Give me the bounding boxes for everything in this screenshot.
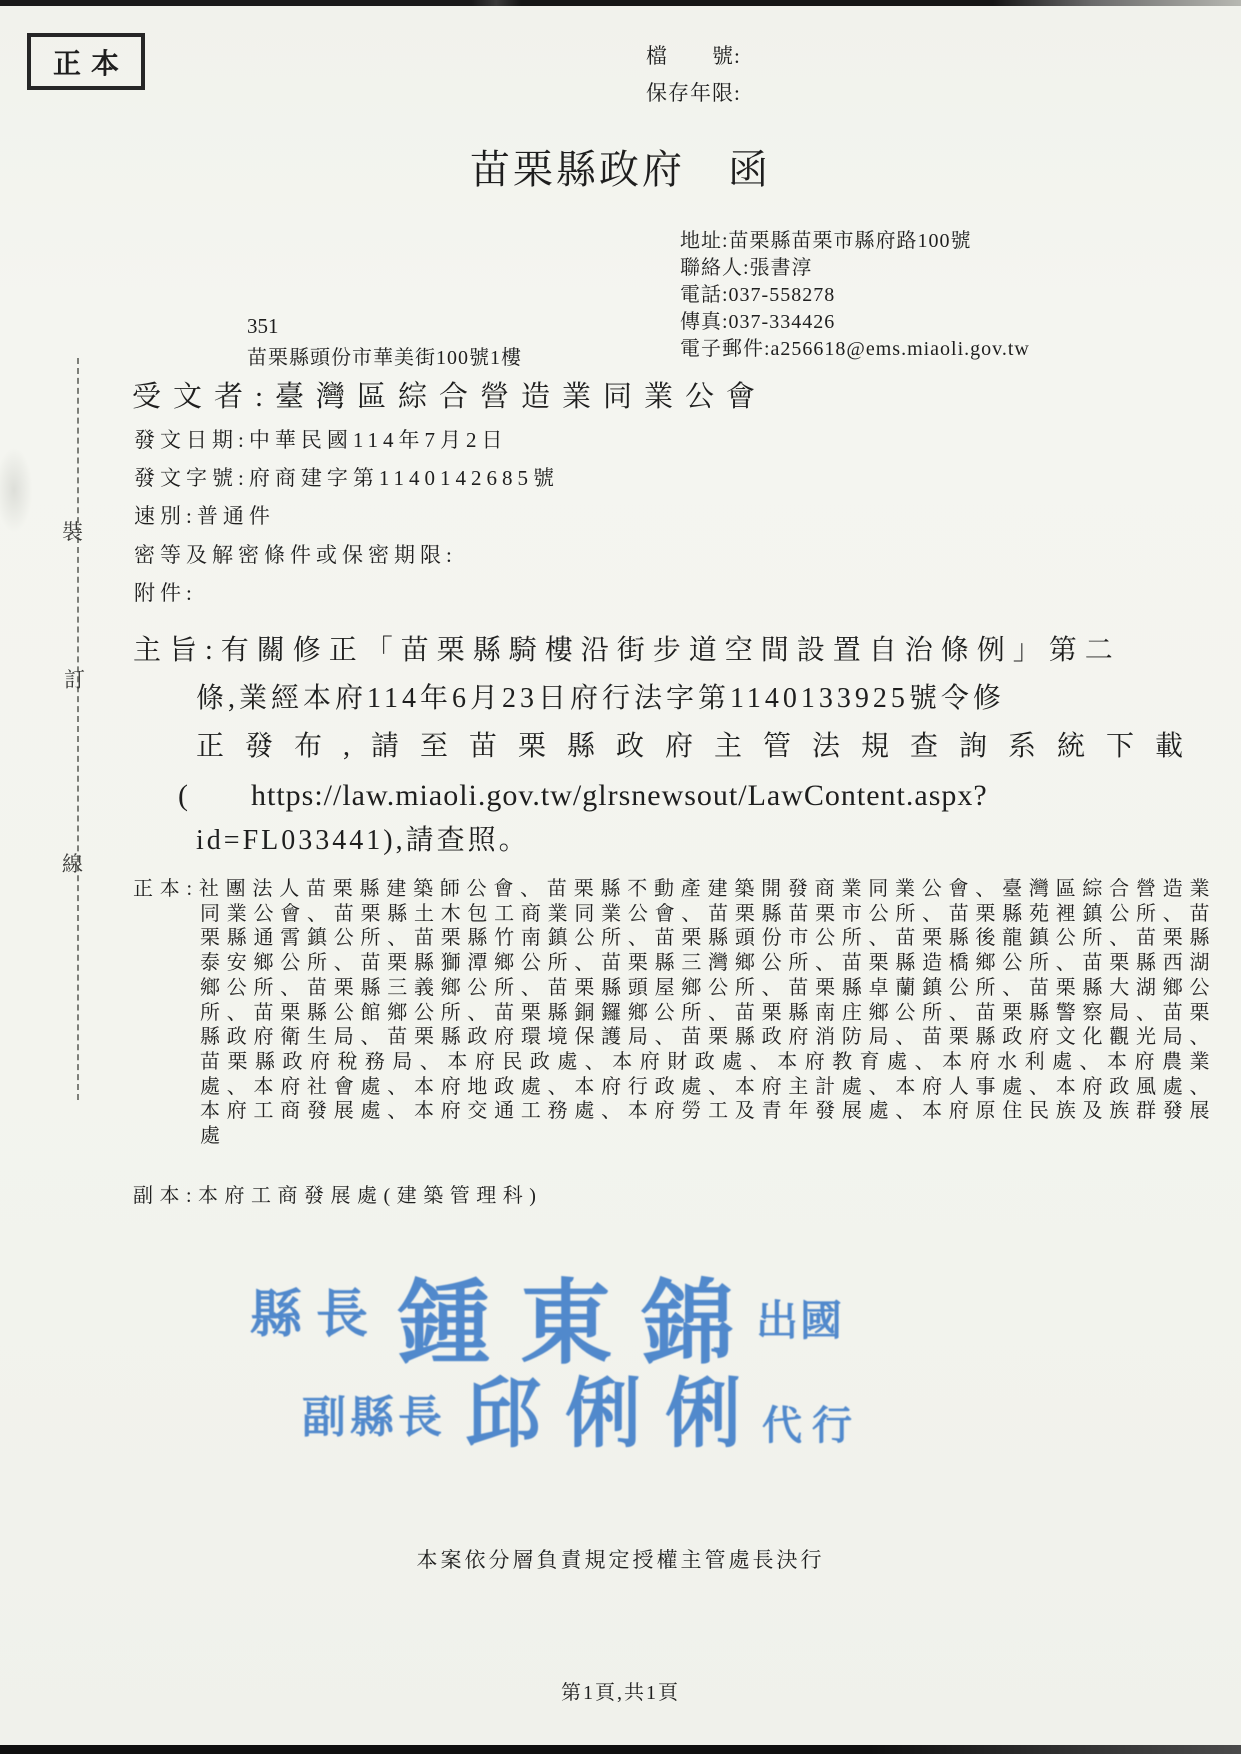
document-number: 發文字號:府商建字第1140142685號 (134, 462, 559, 492)
delegation-note: 本案依分層負責規定授權主管處長決行 (0, 1544, 1241, 1574)
scan-edge-top (0, 0, 1241, 6)
stamp-deputy-title: 副縣長 (302, 1381, 446, 1445)
sender-phone: 電話:037-558278 (680, 282, 1030, 309)
recipient-address: 苗栗縣頭份市華美街100號1樓 (247, 341, 522, 370)
primary-recipients-label: 正本: (133, 878, 199, 900)
binding-mark: 訂 (64, 664, 85, 694)
subject-line: 條,業經本府114年6月23日府行法字第1140133925號令修 (196, 676, 1005, 716)
attachment-label: 附件: (134, 577, 197, 607)
primary-recipients-list: 社團法人苗栗縣建築師公會、苗栗縣不動產建築開發商業同業公會、臺灣區綜合營造業同業… (199, 878, 1216, 1147)
scan-edge-bottom (0, 1745, 1241, 1754)
scanned-official-letter: 正本 檔 號: 保存年限: 苗栗縣政府 函 地址:苗栗縣苗栗市縣府路100號 聯… (0, 0, 1241, 1754)
subject-line-url: ( https://law.miaoli.gov.tw/glrsnewsout/… (178, 770, 988, 814)
sender-contact-block: 地址:苗栗縣苗栗市縣府路100號 聯絡人:張書淳 電話:037-558278 傳… (680, 228, 1030, 363)
sender-contact-person: 聯絡人:張書淳 (680, 255, 1030, 282)
priority-level: 速別:普通件 (134, 500, 275, 530)
secondary-recipients: 副本:本府工商發展處(建築管理科) (133, 1179, 542, 1208)
retention-period-label: 保存年限: (646, 77, 741, 107)
subject-line: 主旨:有關修正「苗栗縣騎樓沿街步道空間設置自治條例」第二 (133, 628, 1121, 668)
primary-recipients: 正本:社團法人苗栗縣建築師公會、苗栗縣不動產建築開發商業同業公會、臺灣區綜合營造… (133, 877, 1216, 1149)
original-copy-stamp: 正本 (27, 33, 145, 90)
page-number: 第1頁,共1頁 (0, 1676, 1241, 1705)
scan-smudge (0, 430, 40, 550)
stamp-magistrate-note: 出國 (756, 1288, 844, 1348)
binding-mark: 線 (62, 848, 83, 878)
sender-email: 電子郵件:a256618@ems.miaoli.gov.tw (680, 336, 1030, 363)
stamp-magistrate-title: 縣長 (250, 1272, 382, 1347)
sender-address: 地址:苗栗縣苗栗市縣府路100號 (680, 228, 1030, 255)
document-title: 苗栗縣政府 函 (0, 138, 1241, 195)
recipient-line: 受文者:臺灣區綜合營造業同業公會 (132, 374, 767, 415)
file-number-label: 檔 號: (646, 40, 741, 70)
subject-line: 正發布,請至苗栗縣政府主管法規查詢系統下載 (196, 724, 1204, 764)
binding-dashed-line (77, 358, 79, 1100)
issue-date: 發文日期:中華民國114年7月2日 (134, 424, 508, 454)
stamp-deputy-name: 邱俐俐 (465, 1353, 765, 1462)
recipient-zip: 351 (247, 314, 279, 339)
stamp-deputy-note: 代行 (762, 1394, 862, 1451)
sender-fax: 傳真:037-334426 (680, 309, 1030, 336)
subject-line: id=FL033441),請查照。 (196, 818, 530, 858)
security-classification: 密等及解密條件或保密期限: (134, 539, 457, 569)
original-copy-label: 正本 (43, 42, 129, 82)
binding-mark: 裝 (62, 516, 83, 546)
